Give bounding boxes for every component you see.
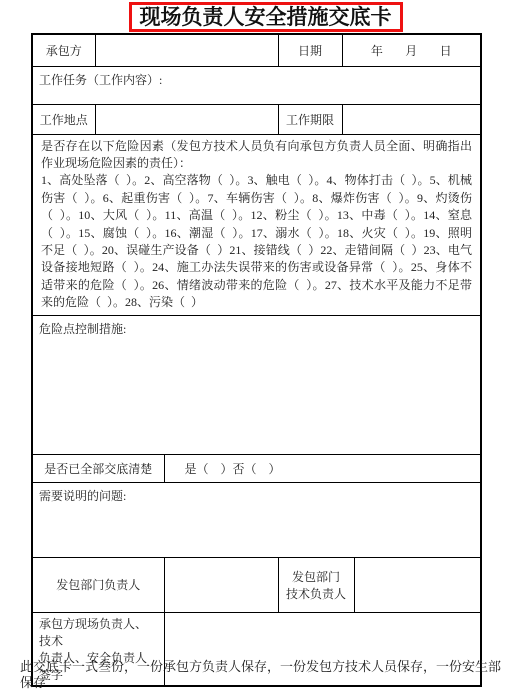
row-task: 工作任务（工作内容）: [32,66,481,104]
employer-tech-value-cell [354,557,481,612]
row-employer-signatures: 发包部门负责人 发包部门 技术负责人 [32,557,481,612]
document-page: 现场负责人安全措施交底卡 承包方 日期 年 月 日 工作任务（工作内容）: [0,0,531,689]
date-value-cell: 年 月 日 [342,34,481,66]
disclosure-form-table: 承包方 日期 年 月 日 工作任务（工作内容）: 工作地点 工作期限 [31,33,482,687]
confirm-options: 是（ ）否（ ） [164,454,481,482]
employer-manager-label: 发包部门负责人 [32,557,164,612]
month-label: 月 [405,42,417,59]
date-label: 日期 [278,34,342,66]
confirm-label: 是否已全部交底清楚 [32,454,164,482]
day-label: 日 [440,42,452,59]
row-confirm: 是否已全部交底清楚 是（ ）否（ ） [32,454,481,482]
period-value-cell [342,104,481,134]
task-label-cell: 工作任务（工作内容）: [32,66,481,104]
contractor-label: 承包方 [32,34,95,66]
employer-manager-value-cell [164,557,278,612]
location-value-cell [95,104,278,134]
title-container: 现场负责人安全措施交底卡 [0,2,531,32]
year-label: 年 [371,42,383,59]
contractor-value-cell [95,34,278,66]
row-location: 工作地点 工作期限 [32,104,481,134]
employer-tech-label: 发包部门 技术负责人 [278,557,354,612]
row-notes: 需要说明的问题: [32,482,481,557]
notes-label-cell: 需要说明的问题: [32,482,481,557]
row-contractor: 承包方 日期 年 月 日 [32,34,481,66]
copies-note: 此交底卡一式叁份，一份承包方负责人保存，一份发包方技术人员保存，一份安生部保存 [20,659,512,689]
hazard-intro-text: 是否存在以下危险因素（发包方技术人员负有向承包方负责人员全面、明确指出作业现场危… [41,138,472,173]
row-control-measures: 危险点控制措施: [32,315,481,454]
page-title: 现场负责人安全措施交底卡 [129,2,403,32]
period-label: 工作期限 [278,104,342,134]
date-format: 年 月 日 [349,42,475,59]
hazard-factors-cell: 是否存在以下危险因素（发包方技术人员负有向承包方负责人员全面、明确指出作业现场危… [32,134,481,315]
hazard-items-text: 1、高处坠落（ ）。2、高空落物（ ）。3、触电（ ）。4、物体打击（ ）。5、… [41,172,472,311]
control-measures-cell: 危险点控制措施: [32,315,481,454]
row-hazards: 是否存在以下危险因素（发包方技术人员负有向承包方负责人员全面、明确指出作业现场危… [32,134,481,315]
location-label: 工作地点 [32,104,95,134]
